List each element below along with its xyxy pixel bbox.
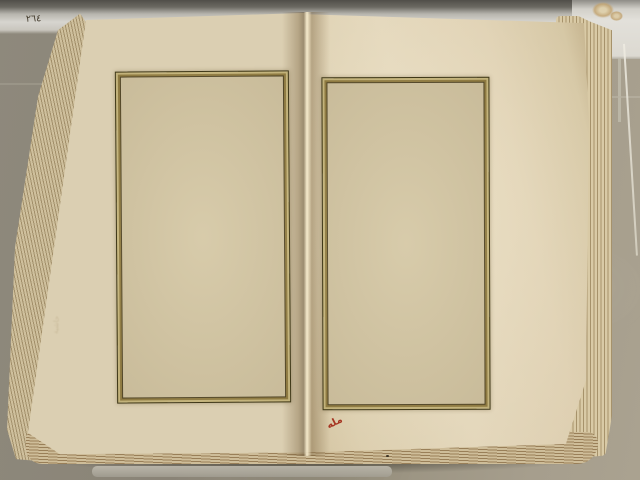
photo-of-manuscript: ٢٦٤ يوم الحديث إلى ابن بن على حتى عليه م… xyxy=(0,0,640,480)
left-text-frame: يوم الحديث إلى ابن بن على حتى عليه منهم … xyxy=(115,70,291,403)
gutter-top-shadow xyxy=(288,10,324,36)
right-text-frame: عليه الله يوم حتى الله منهم حتى الذي أهل… xyxy=(321,77,490,411)
right-page-text: عليه الله يوم حتى الله منهم حتى الذي أهل… xyxy=(322,78,489,410)
left-page-text: يوم الحديث إلى ابن بن على حتى عليه منهم … xyxy=(116,71,290,402)
folio-number: ٢٦٤ xyxy=(26,12,66,27)
margin-showthrough: حاشية xyxy=(51,316,123,347)
ink-speck xyxy=(386,455,389,457)
gutter-bottom-shadow xyxy=(286,428,326,458)
manuscript-book: ٢٦٤ يوم الحديث إلى ابن بن على حتى عليه م… xyxy=(0,0,640,480)
